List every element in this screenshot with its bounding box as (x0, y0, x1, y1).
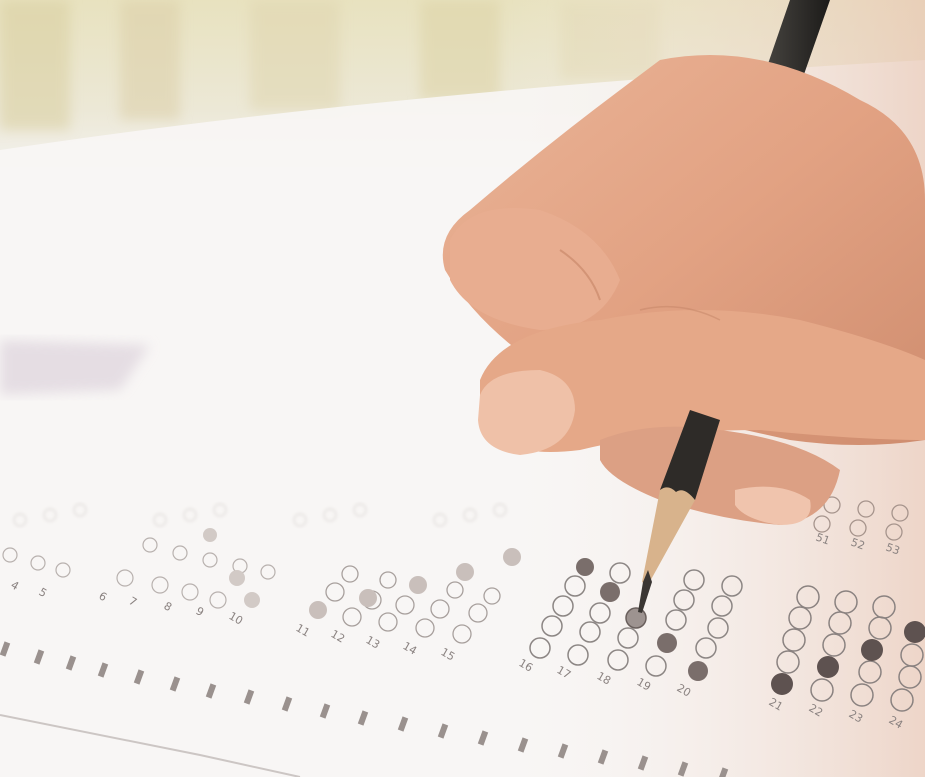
photo-illustration: 4 5 6 7 8 9 10 11 12 13 14 15 16 17 18 1… (0, 0, 925, 777)
photo-scene: 4 5 6 7 8 9 10 11 12 13 14 15 16 17 18 1… (0, 0, 925, 777)
